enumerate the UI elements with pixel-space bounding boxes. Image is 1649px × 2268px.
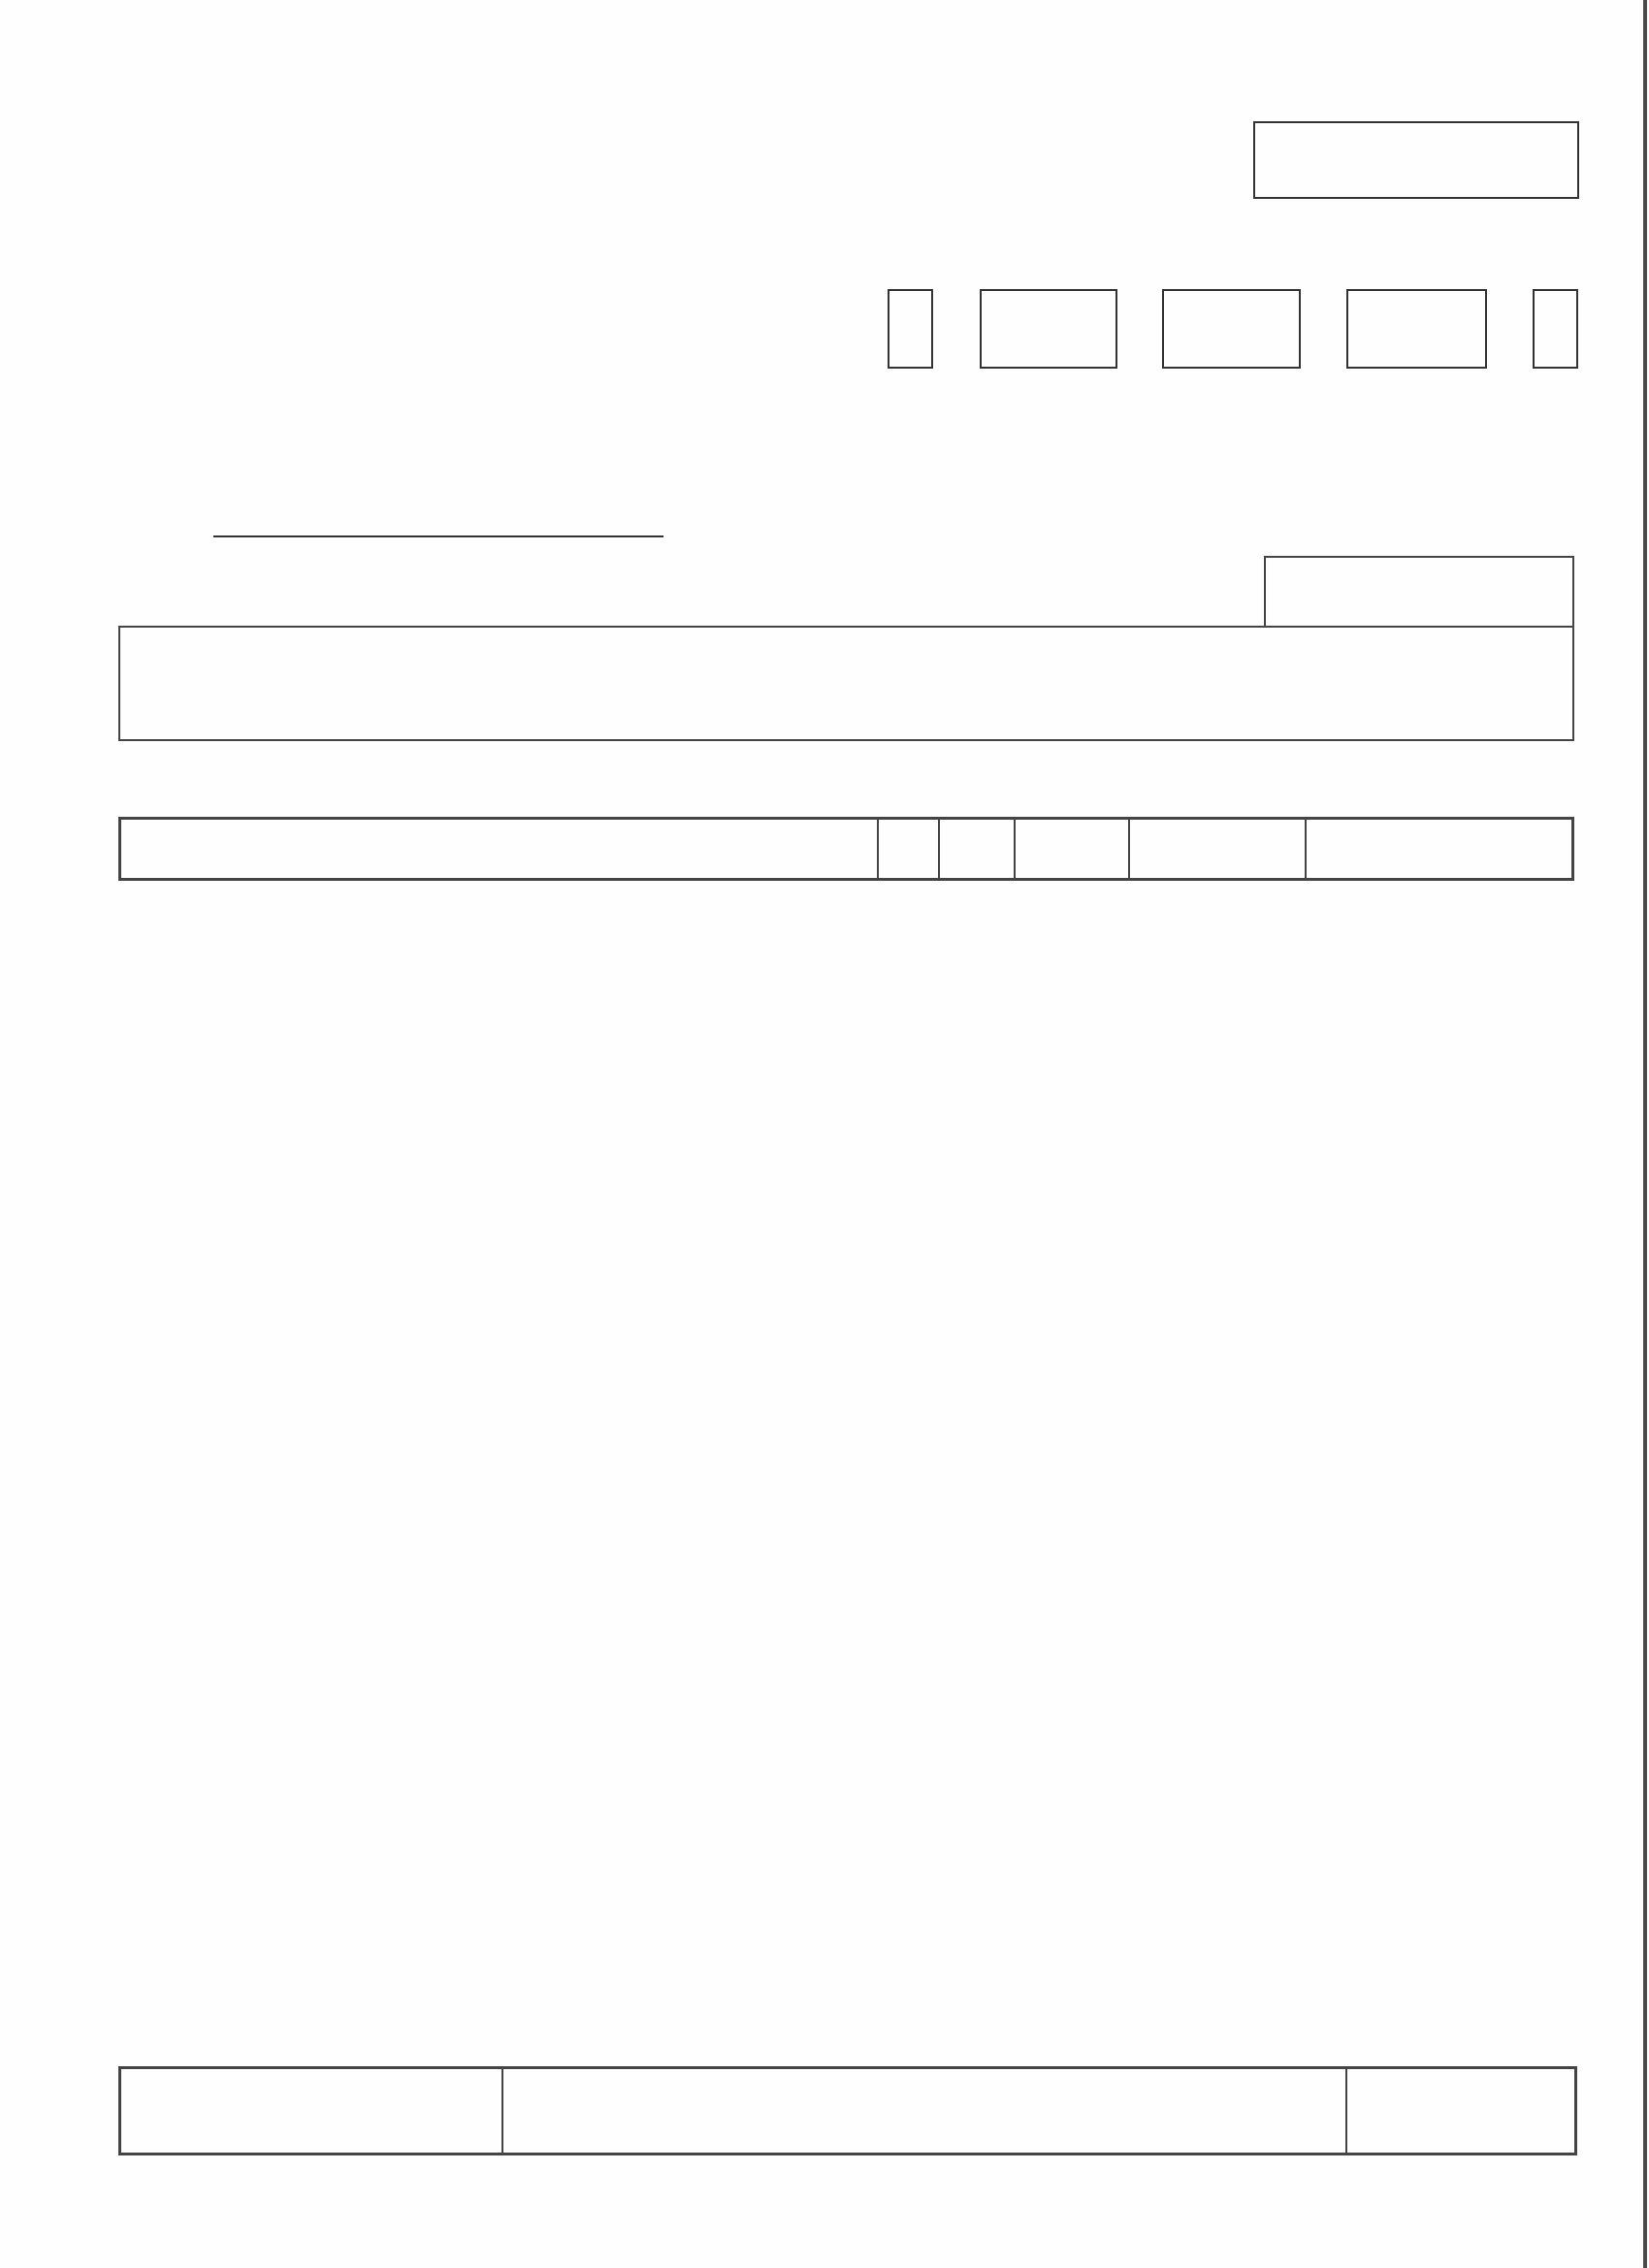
column-header-sst	[939, 819, 1015, 880]
footer-date-cell	[121, 2069, 503, 2153]
study-code-group-2	[980, 289, 1117, 369]
exams-table	[118, 817, 1574, 881]
footer-signature-cell	[503, 2069, 1347, 2153]
scan-edge	[1643, 0, 1647, 2268]
birthdate-box	[1264, 556, 1574, 628]
column-header-date	[1129, 819, 1306, 880]
study-program-box	[118, 626, 1574, 741]
study-code-group-4	[1346, 289, 1487, 369]
address-underline	[213, 535, 663, 537]
column-header-exam	[120, 819, 878, 880]
study-code-group-5	[1533, 289, 1578, 369]
footer-dvr-cell	[1347, 2069, 1574, 2153]
column-header-grade	[1306, 819, 1573, 880]
matrikel-number-boxes	[1253, 121, 1579, 199]
column-header-ects	[1015, 819, 1129, 880]
column-header-type	[878, 819, 939, 880]
footer-box	[118, 2066, 1577, 2155]
study-code-group-3	[1162, 289, 1301, 369]
study-code-group-1	[888, 289, 933, 369]
table-header-row	[120, 819, 1573, 880]
